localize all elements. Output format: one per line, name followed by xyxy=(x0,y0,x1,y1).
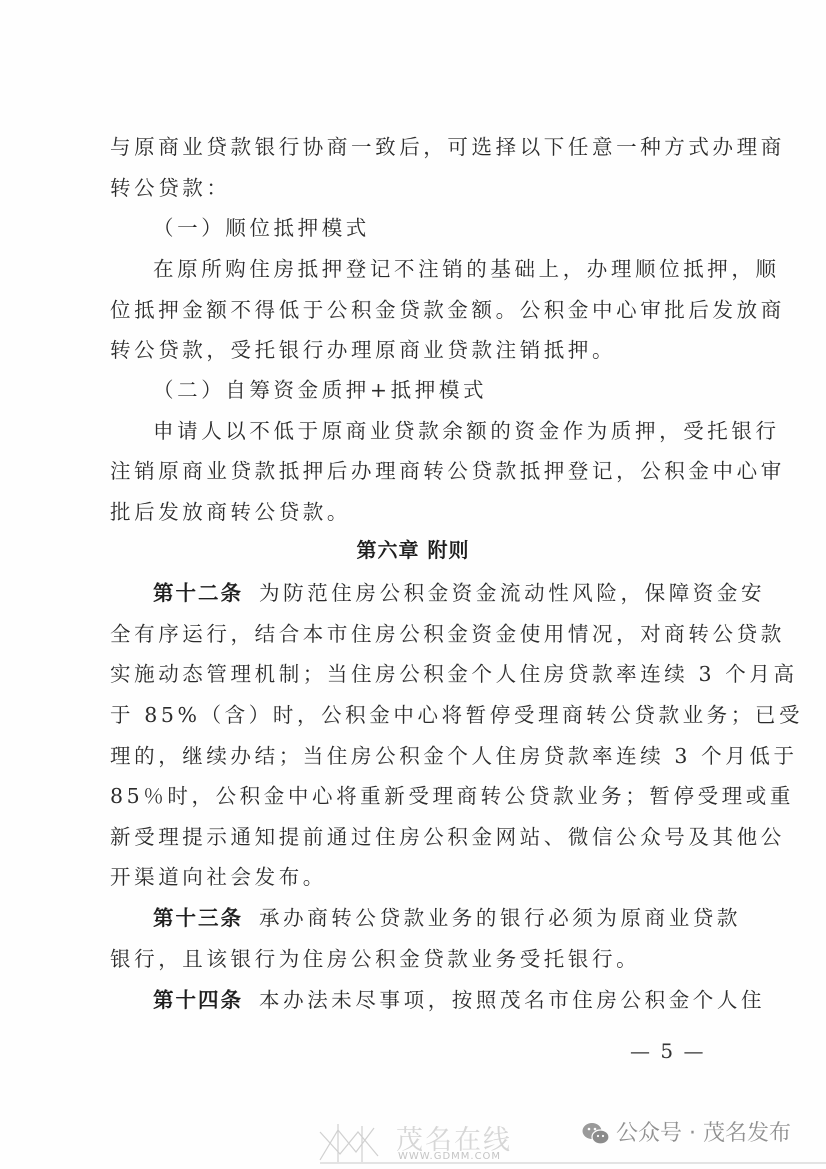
paragraph-line: 85％时，公积金中心将重新受理商转公贷款业务；暂停受理或重 xyxy=(110,776,730,816)
bottom-divider xyxy=(320,1162,826,1164)
paragraph-line: 开渠道向社会发布。 xyxy=(110,857,730,897)
article-14-first-line: 第十四条本办法未尽事项，按照茂名市住房公积金个人住 xyxy=(153,980,730,1020)
paragraph-line: 申请人以不低于原商业贷款余额的资金作为质押，受托银行 xyxy=(153,411,730,451)
paragraph-line: 转公贷款： xyxy=(110,168,730,208)
site-logo-icon xyxy=(318,1122,384,1164)
paragraph-line: 银行，且该银行为住房公积金贷款业务受托银行。 xyxy=(110,939,730,979)
section-title-pledge-mortgage: （二）自筹资金质押+抵押模式 xyxy=(153,370,773,410)
document-page: 与原商业贷款银行协商一致后，可选择以下任意一种方式办理商 转公贷款： （一）顺位… xyxy=(0,0,826,1169)
article-text: 本办法未尽事项，按照茂名市住房公积金个人住 xyxy=(259,988,765,1012)
paragraph-line: 与原商业贷款银行协商一致后，可选择以下任意一种方式办理商 xyxy=(110,127,730,167)
article-text: 承办商转公贷款业务的银行必须为原商业贷款 xyxy=(259,906,741,930)
paragraph-line: 全有序运行，结合本市住房公积金资金使用情况，对商转公贷款 xyxy=(110,614,730,654)
chapter-heading: 第六章 附则 xyxy=(0,530,826,570)
article-label: 第十二条 xyxy=(153,581,243,605)
article-text: 为防范住房公积金资金流动性风险，保障资金安 xyxy=(259,581,765,605)
paragraph-line: 在原所购住房抵押登记不注销的基础上，办理顺位抵押，顺 xyxy=(153,249,730,289)
paragraph-line: 于 85%（含）时，公积金中心将暂停受理商转公贷款业务；已受 xyxy=(110,695,730,735)
site-watermark: 茂名在线 WWW.GDMM.COM xyxy=(318,1118,533,1168)
section-title-sequential-mortgage: （一）顺位抵押模式 xyxy=(153,208,773,248)
paragraph-line: 注销原商业贷款抵押后办理商转公贷款抵押登记，公积金中心审 xyxy=(110,451,730,491)
paragraph-line: 位抵押金额不得低于公积金贷款金额。公积金中心审批后发放商 xyxy=(110,290,730,330)
paragraph-line: 批后发放商转公贷款。 xyxy=(110,492,730,532)
article-label: 第十三条 xyxy=(153,906,243,930)
site-url: WWW.GDMM.COM xyxy=(398,1151,501,1162)
paragraph-line: 理的，继续办结；当住房公积金个人住房贷款率连续 3 个月低于 xyxy=(110,736,730,776)
wechat-icon xyxy=(582,1122,610,1146)
article-12-first-line: 第十二条为防范住房公积金资金流动性风险，保障资金安 xyxy=(153,573,730,613)
article-label: 第十四条 xyxy=(153,988,243,1012)
article-13-first-line: 第十三条承办商转公贷款业务的银行必须为原商业贷款 xyxy=(153,898,730,938)
paragraph-line: 新受理提示通知提前通过住房公积金网站、微信公众号及其他公 xyxy=(110,817,730,857)
page-number: — 5 — xyxy=(630,1036,705,1066)
paragraph-line: 转公贷款，受托银行办理原商业贷款注销抵押。 xyxy=(110,330,730,370)
wechat-account-label: 公众号 · 茂名发布 xyxy=(616,1117,791,1151)
wechat-watermark: 公众号 · 茂名发布 xyxy=(582,1117,791,1151)
paragraph-line: 实施动态管理机制；当住房公积金个人住房贷款率连续 3 个月高 xyxy=(110,654,730,694)
